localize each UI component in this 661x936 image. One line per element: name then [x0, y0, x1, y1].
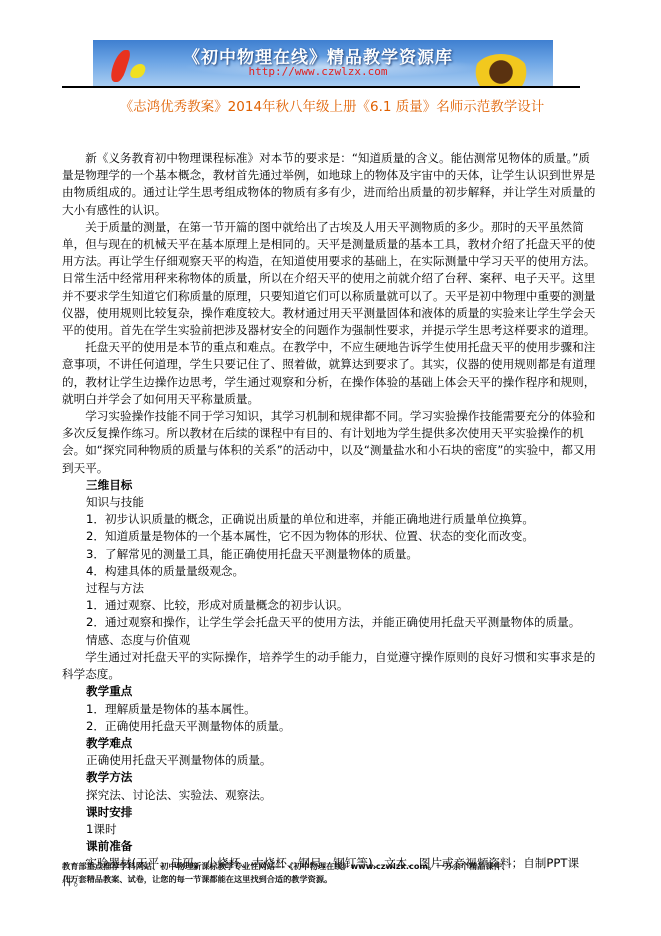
footer-line-1: 教育部重点推荐学科网站、初中物理新课标教学专业性网站---《初中物理在线》www…	[62, 860, 602, 873]
header-divider	[62, 86, 580, 88]
list-item: 2．通过观察和操作，让学生学会托盘天平的使用方法，并能正确使用托盘天平测量物体的…	[62, 614, 597, 631]
list-item: 1．理解质量是物体的基本属性。	[62, 701, 597, 718]
document-body: 新《义务教育初中物理课程标准》对本节的要求是：“知道质量的含义。能估测常见物体的…	[62, 150, 597, 890]
list-item: 4．构建具体的质量量级观念。	[62, 563, 597, 580]
list-item: 2．知道质量是物体的一个基本属性，它不因为物体的形状、位置、状态的变化而改变。	[62, 528, 597, 545]
paragraph: 托盘天平的使用是本节的重点和难点。在教学中，不应生硬地告诉学生使用托盘天平的使用…	[62, 339, 597, 408]
list-item: 2．正确使用托盘天平测量物体的质量。	[62, 718, 597, 735]
list-item: 3．了解常见的测量工具，能正确使用托盘天平测量物体的质量。	[62, 546, 597, 563]
subheading-process: 过程与方法	[62, 580, 597, 597]
footer-line-2: 几万套精品教案、试卷，让您的每一节课都能在这里找到合适的教学资源。	[62, 873, 602, 886]
subheading-knowledge: 知识与技能	[62, 494, 597, 511]
section-text: 1课时	[62, 821, 597, 838]
paragraph: 关于质量的测量，在第一节开篇的图中就给出了古埃及人用天平测物质的多少。那时的天平…	[62, 219, 597, 339]
list-item: 1．通过观察、比较，形成对质量概念的初步认识。	[62, 597, 597, 614]
subheading-attitude: 情感、态度与价值观	[62, 632, 597, 649]
section-heading-difficulties: 教学难点	[62, 735, 597, 752]
paragraph: 新《义务教育初中物理课程标准》对本节的要求是：“知道质量的含义。能估测常见物体的…	[62, 150, 597, 219]
section-heading-preparation: 课前准备	[62, 838, 597, 855]
logo-yellow-stroke-icon	[129, 64, 148, 78]
header-banner: 《初中物理在线》精品教学资源库 http://www.czwlzx.com	[93, 40, 553, 86]
paragraph: 学习实验操作技能不同于学习知识，其学习机制和规律都不同。学习实验操作技能需要充分…	[62, 408, 597, 477]
list-item: 1．初步认识质量的概念，正确说出质量的单位和进率，并能正确地进行质量单位换算。	[62, 511, 597, 528]
section-heading-key-points: 教学重点	[62, 683, 597, 700]
section-heading-methods: 教学方法	[62, 769, 597, 786]
section-heading-objectives: 三维目标	[62, 477, 597, 494]
section-text: 探究法、讨论法、实验法、观察法。	[62, 787, 597, 804]
section-heading-schedule: 课时安排	[62, 804, 597, 821]
sunflower-icon	[473, 54, 529, 86]
banner-url: http://www.czwlzx.com	[153, 65, 483, 78]
document-title: 《志鸿优秀教案》2014年秋八年级上册《6.1 质量》名师示范教学设计	[62, 95, 602, 115]
logo-red-stroke-icon	[108, 50, 132, 82]
section-text: 正确使用托盘天平测量物体的质量。	[62, 752, 597, 769]
page-footer: 教育部重点推荐学科网站、初中物理新课标教学专业性网站---《初中物理在线》www…	[62, 860, 602, 886]
paragraph: 学生通过对托盘天平的实际操作，培养学生的动手能力，自觉遵守操作原则的良好习惯和实…	[62, 649, 597, 683]
